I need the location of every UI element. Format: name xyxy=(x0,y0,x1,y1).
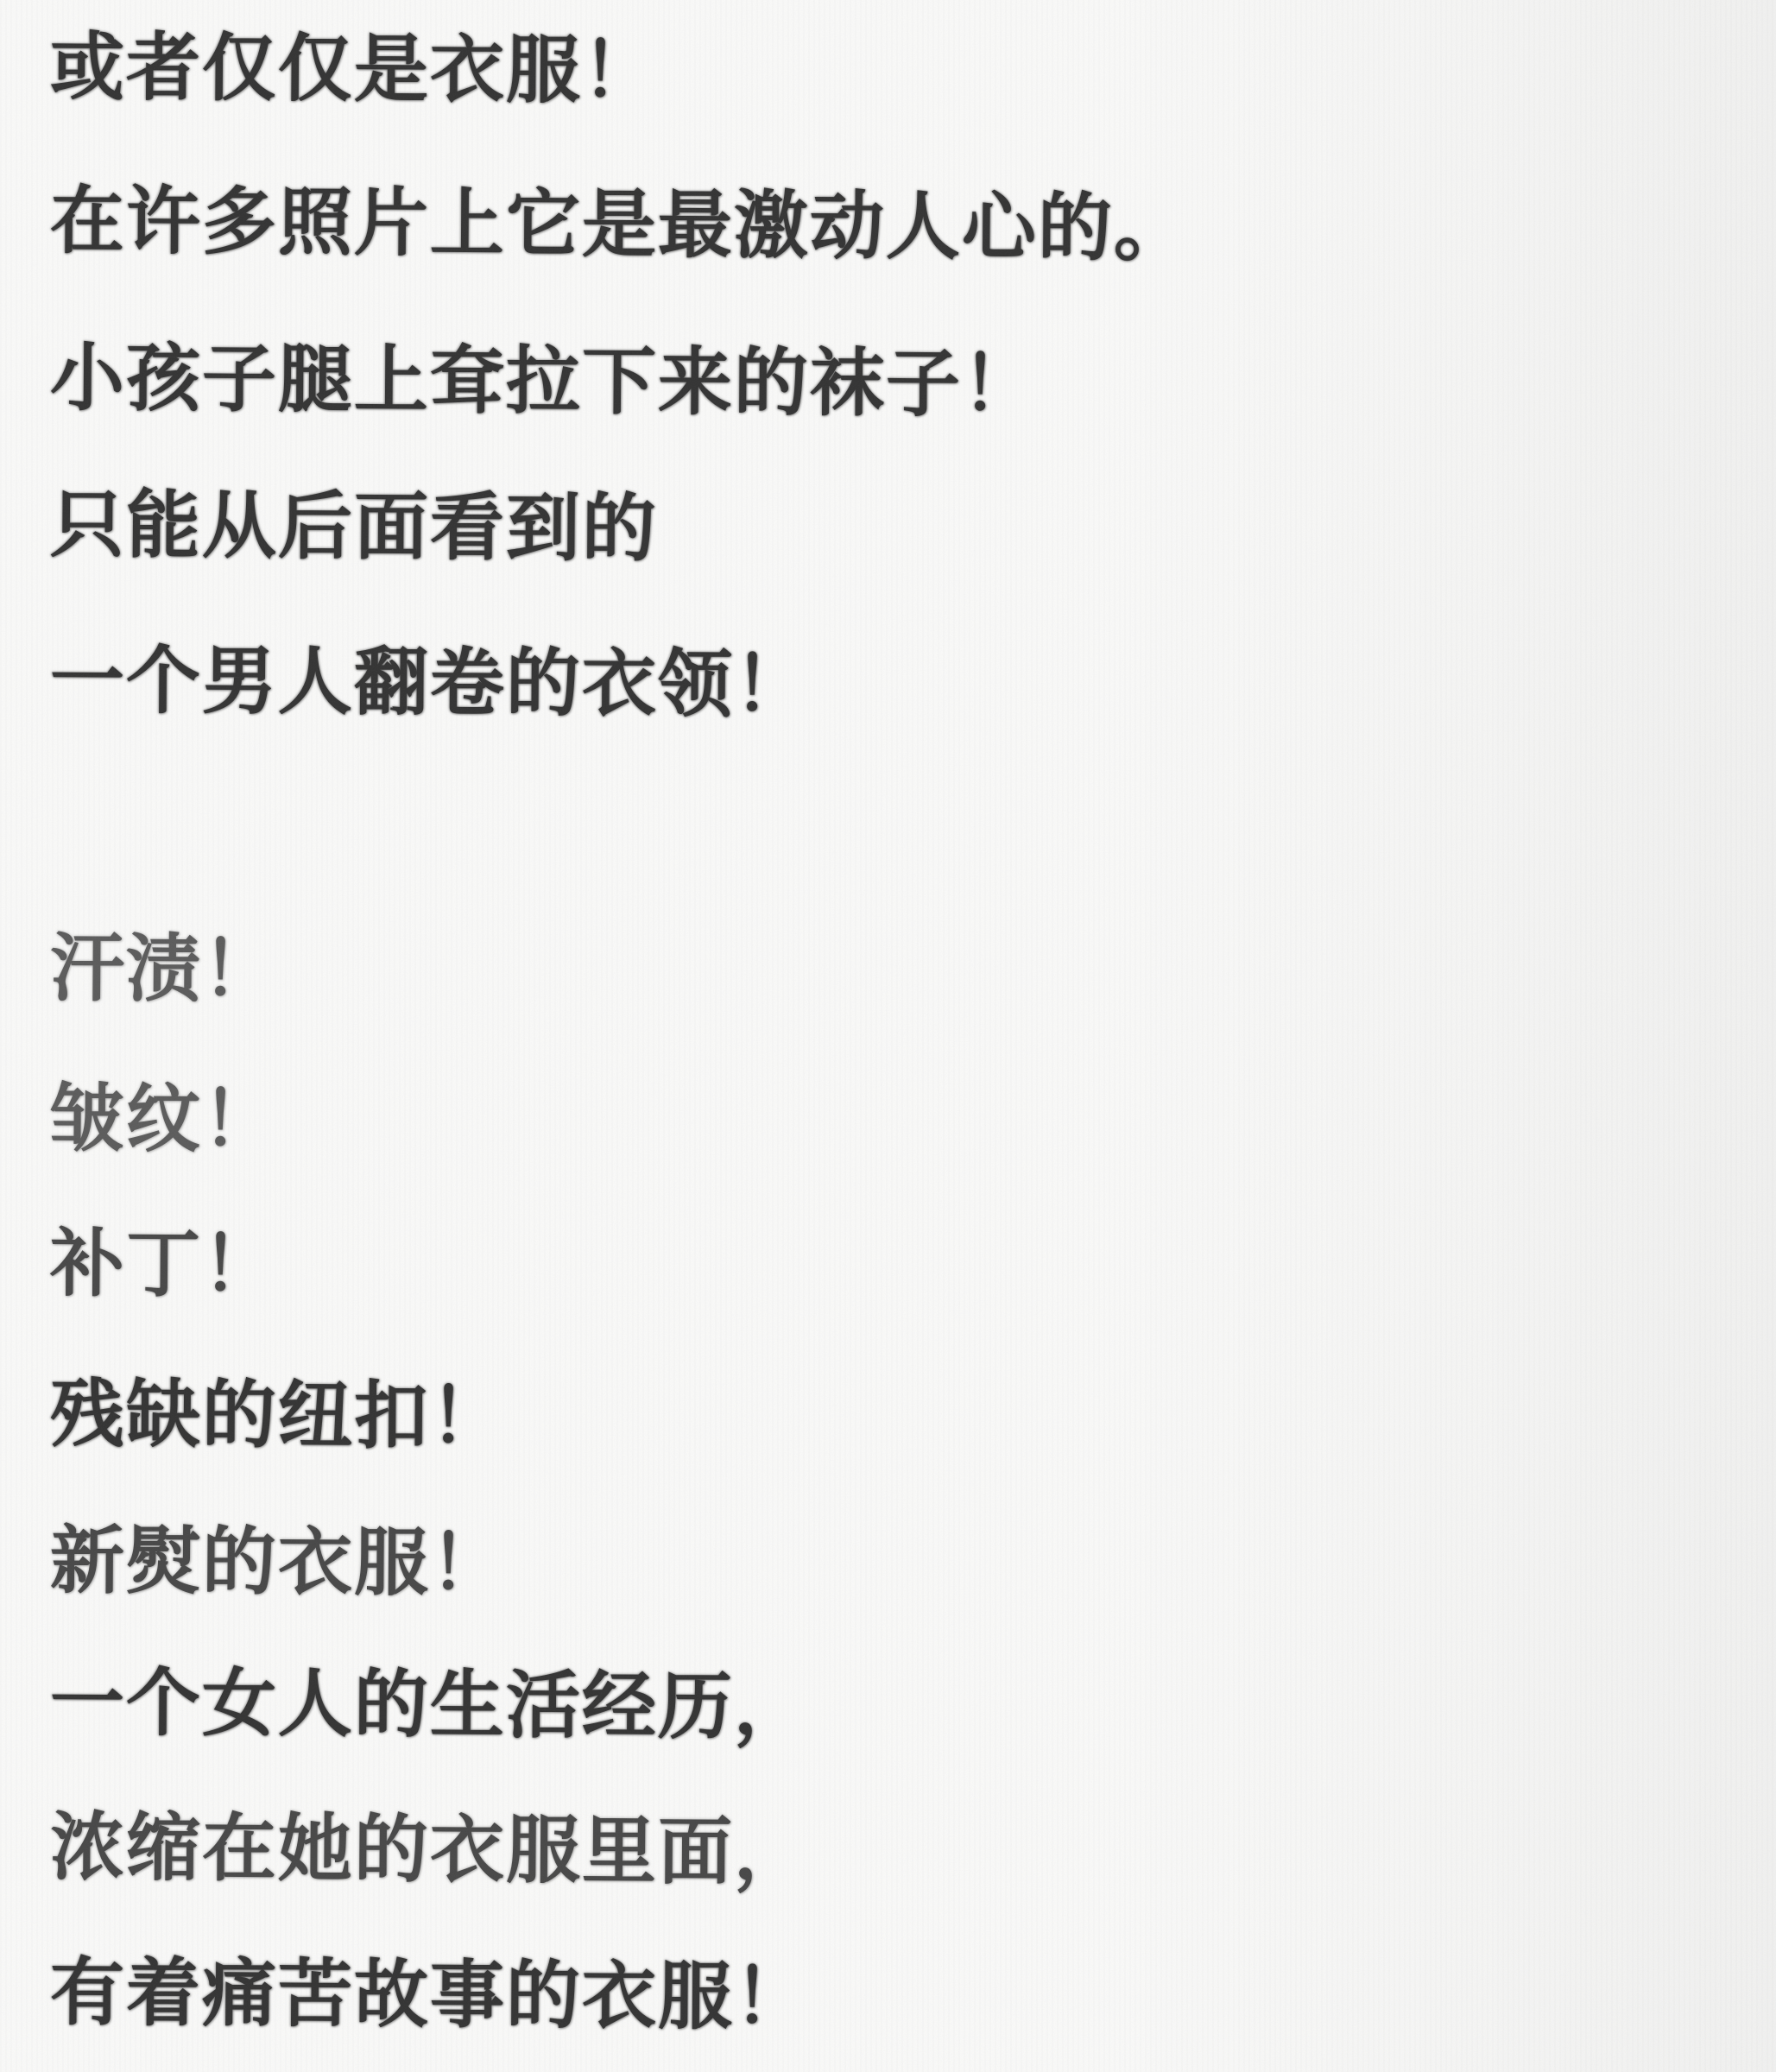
poem-line: 小孩子腿上耷拉下来的袜子！ xyxy=(50,335,1039,428)
poem-line: 有着痛苦故事的衣服！ xyxy=(50,1949,811,2041)
poem-line: 补丁！ xyxy=(50,1221,279,1309)
poem-line: 只能从后面看到的 xyxy=(50,482,659,572)
poem-line: 残缺的纽扣！ xyxy=(50,1371,507,1461)
scan-noise-texture xyxy=(0,0,1776,2072)
poem-line: 一个男人翻卷的衣领！ xyxy=(50,637,811,729)
poem-line: 或者仅仅是衣服！ xyxy=(50,24,659,115)
poem-line: 皱纹！ xyxy=(50,1076,279,1164)
scanned-page: 或者仅仅是衣服！ 在许多照片上它是最激动人心的。 小孩子腿上耷拉下来的袜子！ 只… xyxy=(0,0,1776,2072)
poem-line: 新熨的衣服！ xyxy=(50,1518,507,1608)
poem-line: 浓缩在她的衣服里面， xyxy=(50,1804,811,1896)
poem-line: 汗渍！ xyxy=(50,925,279,1014)
poem-line: 一个女人的生活经历， xyxy=(50,1659,811,1751)
poem-line: 在许多照片上它是最激动人心的。 xyxy=(50,178,1191,272)
